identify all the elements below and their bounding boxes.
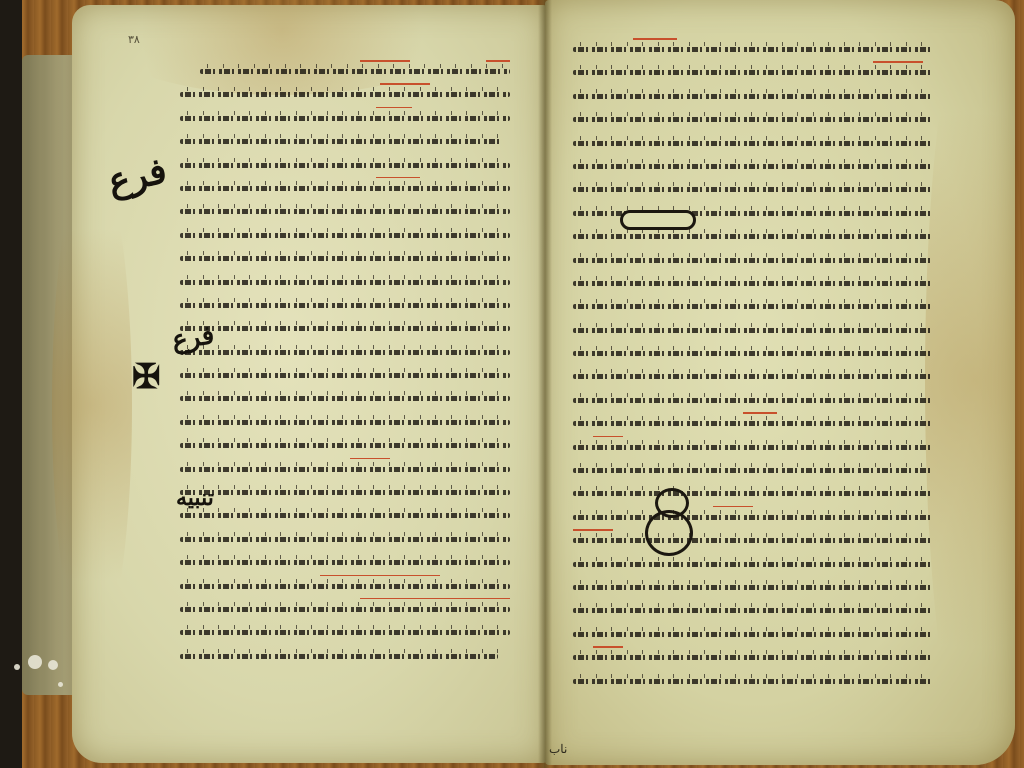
text-line [180, 598, 510, 621]
text-line [180, 317, 510, 340]
paint-splash [48, 660, 58, 670]
text-line [573, 132, 933, 155]
text-line [180, 575, 510, 598]
text-line [573, 646, 933, 669]
text-line [573, 506, 933, 529]
marginal-note-2: فرع [170, 320, 216, 356]
text-line [180, 504, 510, 527]
text-line [180, 130, 510, 153]
paint-splash [58, 682, 63, 687]
text-line [573, 85, 933, 108]
marginal-note-1: فرع [104, 149, 170, 202]
text-line [180, 341, 510, 364]
text-line [180, 551, 510, 574]
text-line [573, 623, 933, 646]
text-line [180, 107, 510, 130]
text-line [573, 436, 933, 459]
text-line [573, 319, 933, 342]
text-line [180, 621, 510, 644]
text-line [180, 154, 510, 177]
text-line [180, 364, 510, 387]
text-line [180, 247, 510, 270]
text-line [573, 61, 933, 84]
text-line [573, 249, 933, 272]
text-line [573, 108, 933, 131]
ornament-ring-bottom [645, 510, 693, 556]
ornamental-heading [620, 210, 696, 230]
text-line [180, 411, 510, 434]
marginal-note-3: تنبيه [176, 485, 214, 511]
left-page: ٣٨ فرع فرع ✠ تنبيه [72, 5, 547, 763]
text-line [573, 482, 933, 505]
text-line [573, 272, 933, 295]
text-line [180, 83, 510, 106]
text-line [180, 645, 510, 668]
text-line [180, 200, 510, 223]
left-text-block [180, 60, 510, 668]
text-line [180, 177, 510, 200]
text-line [573, 576, 933, 599]
background-shadow [0, 0, 22, 768]
folio-number: ٣٨ [128, 33, 140, 46]
text-line [180, 224, 510, 247]
knot-ornament: ✠ [132, 357, 161, 397]
text-line [180, 294, 510, 317]
text-line [573, 155, 933, 178]
text-line [180, 481, 510, 504]
text-line [573, 365, 933, 388]
text-line [573, 389, 933, 412]
text-line [573, 553, 933, 576]
paint-splash [28, 655, 42, 669]
text-line [180, 387, 510, 410]
text-line [573, 529, 933, 552]
text-line [180, 528, 510, 551]
water-stain [52, 155, 132, 655]
text-line [573, 178, 933, 201]
right-text-block [573, 38, 933, 693]
book-gutter [538, 0, 552, 768]
paint-splash [14, 664, 20, 670]
text-line [180, 434, 510, 457]
text-line [180, 60, 510, 83]
text-line [573, 412, 933, 435]
text-line [573, 459, 933, 482]
text-line [573, 295, 933, 318]
text-line [180, 458, 510, 481]
water-stain [925, 0, 1024, 760]
right-page: ناب [545, 0, 1015, 765]
text-line [180, 271, 510, 294]
text-line [573, 599, 933, 622]
text-line [573, 38, 933, 61]
text-line [573, 670, 933, 693]
text-line [573, 342, 933, 365]
